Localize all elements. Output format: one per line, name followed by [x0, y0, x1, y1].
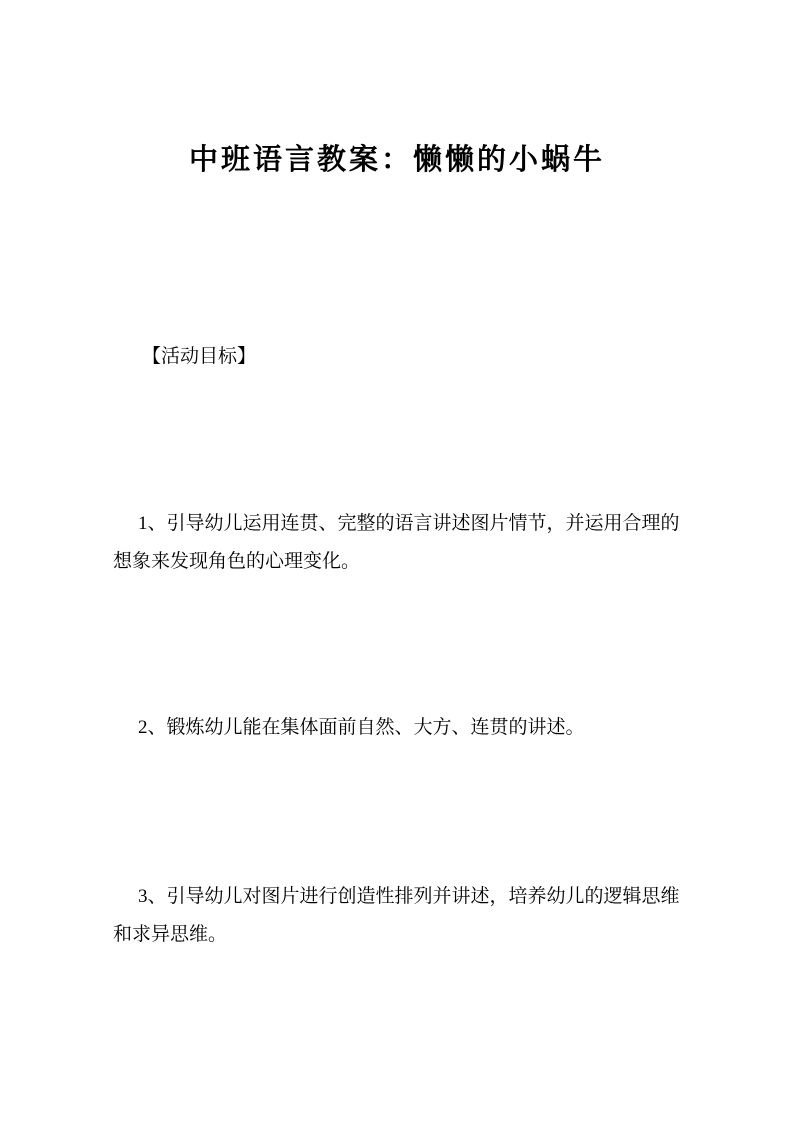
paragraph-line: 1、引导幼儿运用连贯、完整的语言讲述图片情节，并运用合理的: [113, 505, 688, 543]
paragraph-line: 想象来发现角色的心理变化。: [113, 543, 688, 581]
paragraph-line: 3、引导幼儿对图片进行创造性排列并讲述，培养幼儿的逻辑思维: [113, 878, 688, 916]
paragraph-goal-1: 1、引导幼儿运用连贯、完整的语言讲述图片情节，并运用合理的 想象来发现角色的心理…: [113, 505, 688, 581]
paragraph-goal-3: 3、引导幼儿对图片进行创造性排列并讲述，培养幼儿的逻辑思维 和求异思维。: [113, 878, 688, 954]
section-heading-activity-goals: 【活动目标】: [142, 343, 256, 370]
document-page: 中班语言教案：懒懒的小蜗牛 【活动目标】 1、引导幼儿运用连贯、完整的语言讲述图…: [0, 0, 794, 1123]
document-title: 中班语言教案：懒懒的小蜗牛: [0, 140, 794, 180]
paragraph-line: 和求异思维。: [113, 916, 688, 954]
paragraph-goal-2: 2、锻炼幼儿能在集体面前自然、大方、连贯的讲述。: [113, 709, 688, 747]
paragraph-line: 2、锻炼幼儿能在集体面前自然、大方、连贯的讲述。: [113, 709, 688, 747]
